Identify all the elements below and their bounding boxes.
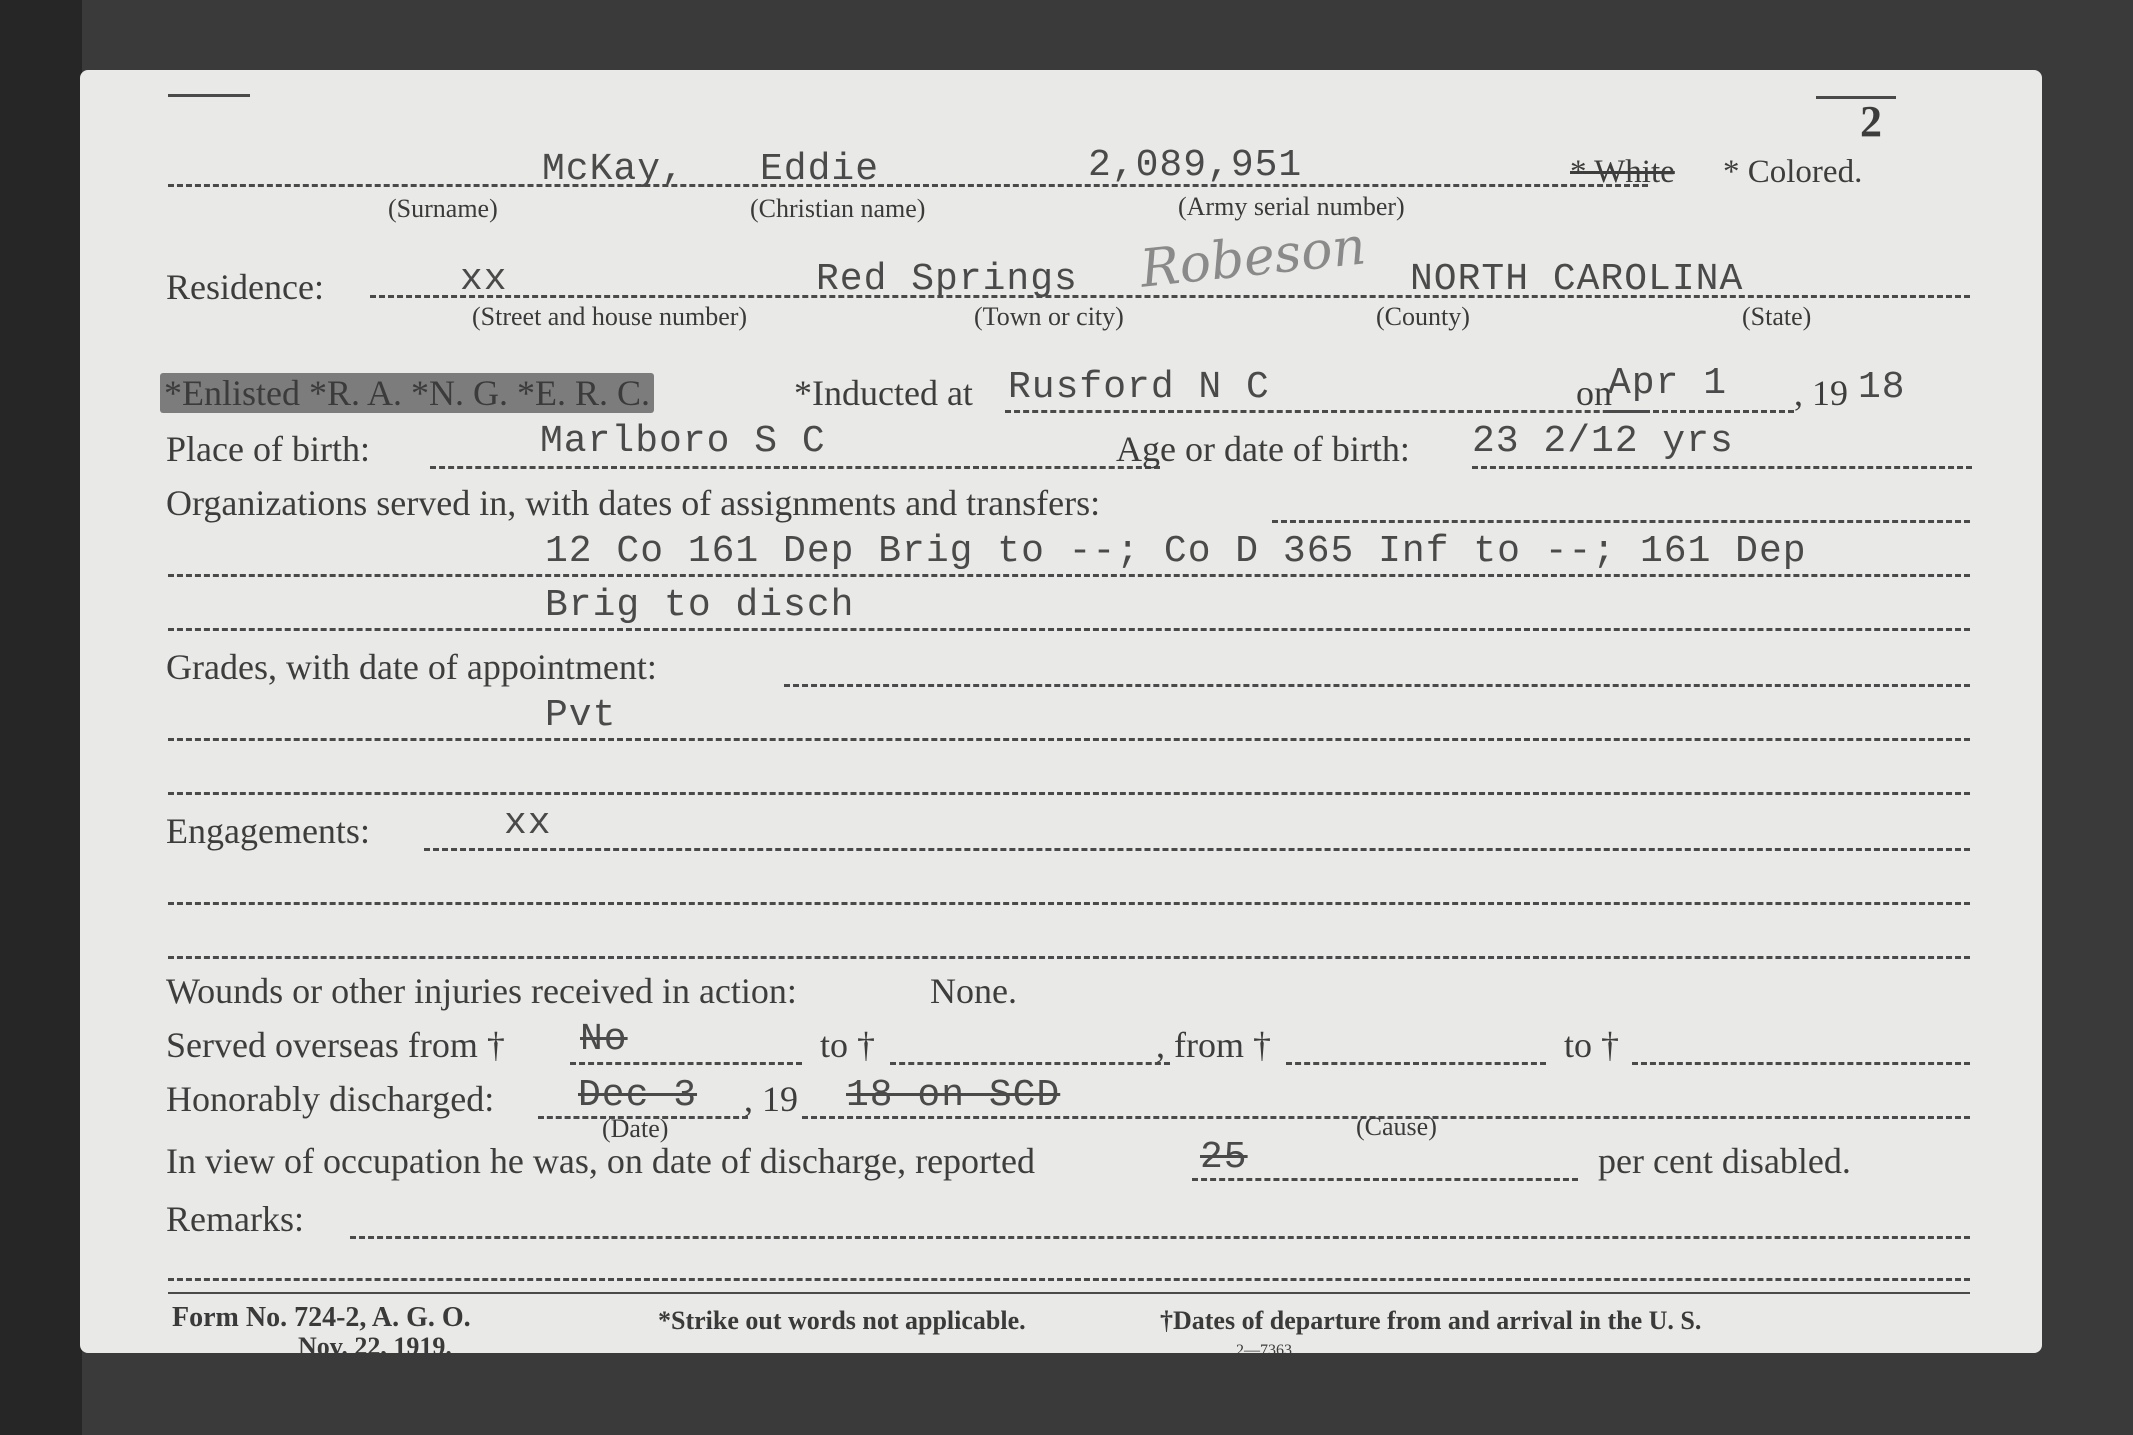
overseas-to2-rule [1632, 1062, 1970, 1065]
street-value: xx [460, 258, 508, 301]
wounds-value: None. [930, 970, 1017, 1012]
remarks-line-2-rule [168, 1278, 1970, 1281]
overseas-from-rule [570, 1062, 802, 1065]
race-white-struck: * White [1570, 154, 1675, 191]
inducted-date-value: Apr 1 [1608, 362, 1727, 405]
christian-name-value: Eddie [760, 148, 879, 191]
grades-label: Grades, with date of appointment: [166, 646, 657, 688]
card-number: 2 [1860, 96, 1882, 147]
form-number: Form No. 724-2, A. G. O. [172, 1302, 471, 1334]
state-value: NORTH CAROLINA [1410, 258, 1743, 301]
organizations-line-2-rule [168, 628, 1970, 631]
organizations-line-2: Brig to disch [545, 584, 854, 627]
engagements-line-3-rule [168, 956, 1970, 959]
overseas-from-value: No [580, 1018, 628, 1061]
enlistment-options-struck: *Enlisted *R. A. *N. G. *E. R. C. [160, 372, 654, 414]
town-label: (Town or city) [974, 302, 1124, 332]
overseas-to-label: to † [820, 1024, 875, 1066]
service-record-card: 2 McKay, Eddie 2,089,951 * White * Color… [80, 70, 2042, 1353]
overseas-from2-rule [1286, 1062, 1546, 1065]
county-label: (County) [1376, 302, 1470, 332]
place-of-birth-label: Place of birth: [166, 428, 370, 470]
enlistment-options-blotted: *Enlisted *R. A. *N. G. *E. R. C. [160, 373, 654, 413]
discharge-year-prefix: , 19 [744, 1078, 798, 1120]
christian-name-label: (Christian name) [750, 194, 925, 224]
inducted-place-value: Rusford N C [1008, 366, 1270, 409]
inducted-year-value: 18 [1858, 366, 1906, 409]
wounds-label: Wounds or other injuries received in act… [166, 970, 797, 1012]
grades-line-1-rule [168, 738, 1970, 741]
print-code: 2—7363 [1236, 1342, 1292, 1360]
discharge-date-value: Dec 3 [578, 1074, 697, 1117]
age-label: Age or date of birth: [1116, 428, 1410, 470]
discharge-cause-label: (Cause) [1356, 1112, 1437, 1142]
grades-line-2-rule [168, 792, 1970, 795]
discharge-label: Honorably discharged: [166, 1078, 494, 1120]
organizations-line-1: 12 Co 161 Dep Brig to --; Co D 365 Inf t… [545, 530, 1807, 573]
engagements-label: Engagements: [166, 810, 370, 852]
footer-separator-rule [168, 1292, 1970, 1294]
grades-label-rule [784, 684, 1970, 687]
inducted-at-label: *Inducted at [794, 372, 973, 414]
organizations-line-1-rule [168, 574, 1970, 577]
place-of-birth-rule [430, 466, 1160, 469]
town-value: Red Springs [816, 258, 1078, 301]
inducted-on-label: on [1576, 372, 1612, 414]
county-handwritten-value: Robeson [1137, 216, 1368, 299]
organizations-label: Organizations served in, with dates of a… [166, 482, 1100, 524]
engagements-line-2-rule [168, 902, 1970, 905]
remarks-label: Remarks: [166, 1198, 304, 1240]
discharge-year-cause-value: 18 on SCD [846, 1074, 1060, 1117]
surname-label: (Surname) [388, 194, 498, 224]
disability-rule [1192, 1178, 1578, 1181]
form-date: Nov. 22, 1919. [298, 1332, 452, 1362]
place-of-birth-value: Marlboro S C [540, 420, 826, 463]
engagements-value: xx [504, 802, 552, 845]
serial-number-label: (Army serial number) [1178, 192, 1405, 222]
corner-rule-right [1816, 96, 1896, 99]
grades-line-1: Pvt [545, 694, 616, 737]
remarks-line-1-rule [350, 1236, 1970, 1239]
engagements-rule [424, 848, 1970, 851]
disability-label: In view of occupation he was, on date of… [166, 1140, 1035, 1182]
residence-label: Residence: [166, 266, 324, 308]
disability-percent-value: 25 [1200, 1136, 1248, 1179]
inducted-date-rule [1608, 410, 1794, 413]
race-white-label: * White [1570, 154, 1675, 190]
organizations-label-rule [1272, 520, 1970, 523]
overseas-to2-label: to † [1564, 1024, 1619, 1066]
dagger-note: †Dates of departure from and arrival in … [1160, 1306, 1701, 1336]
overseas-from-label: Served overseas from † [166, 1024, 505, 1066]
race-colored-label: * Colored. [1723, 154, 1862, 191]
surname-value: McKay, [542, 148, 685, 191]
street-label: (Street and house number) [472, 302, 747, 332]
inducted-place-rule [1005, 410, 1645, 413]
name-line-rule [168, 184, 1648, 187]
scanner-background-strip [0, 0, 82, 1435]
overseas-to-rule [890, 1062, 1170, 1065]
corner-rule-left [168, 94, 250, 97]
inducted-year-prefix: , 19 [1794, 372, 1848, 414]
age-rule [1472, 466, 1972, 469]
overseas-from2-label: , from † [1156, 1024, 1271, 1066]
serial-number-value: 2,089,951 [1088, 144, 1302, 187]
state-label: (State) [1742, 302, 1811, 332]
strike-out-note: *Strike out words not applicable. [658, 1306, 1026, 1336]
age-value: 23 2/12 yrs [1472, 420, 1734, 463]
disability-suffix: per cent disabled. [1598, 1140, 1851, 1182]
